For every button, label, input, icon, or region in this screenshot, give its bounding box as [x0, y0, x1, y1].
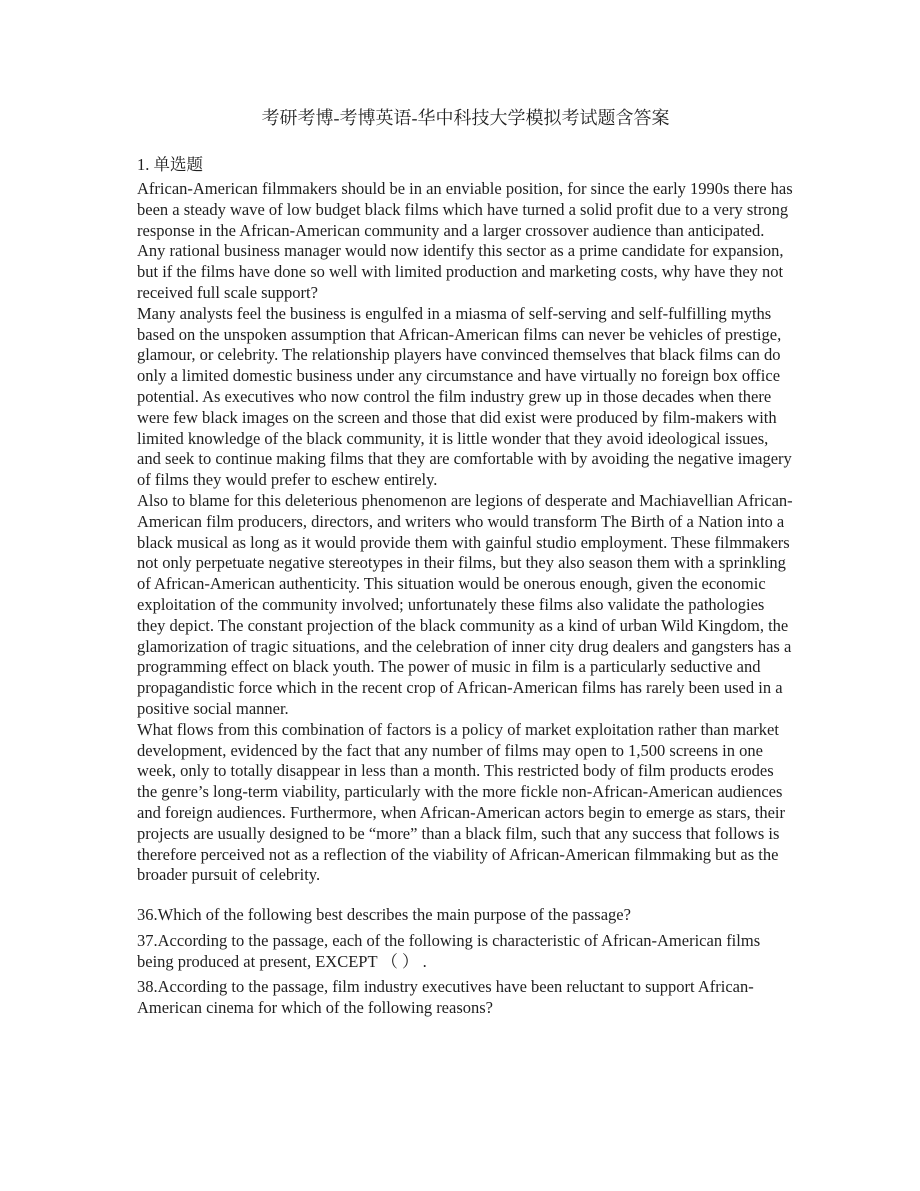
question-item: 36.Which of the following best describes…: [137, 905, 794, 926]
section-label: 1. 单选题: [137, 154, 794, 175]
question-item: 37.According to the passage, each of the…: [137, 931, 794, 973]
document-title: 考研考博-考博英语-华中科技大学模拟考试题含答案: [137, 107, 794, 130]
reading-passage: African-American filmmakers should be in…: [137, 179, 794, 886]
passage-paragraph: Many analysts feel the business is engul…: [137, 304, 794, 491]
passage-paragraph: What flows from this combination of fact…: [137, 720, 794, 886]
question-list: 36.Which of the following best describes…: [137, 905, 794, 1019]
document-page: 考研考博-考博英语-华中科技大学模拟考试题含答案 1. 单选题 African-…: [137, 107, 794, 1024]
question-item: 38.According to the passage, film indust…: [137, 977, 794, 1019]
passage-paragraph: Also to blame for this deleterious pheno…: [137, 491, 794, 720]
passage-paragraph: African-American filmmakers should be in…: [137, 179, 794, 304]
